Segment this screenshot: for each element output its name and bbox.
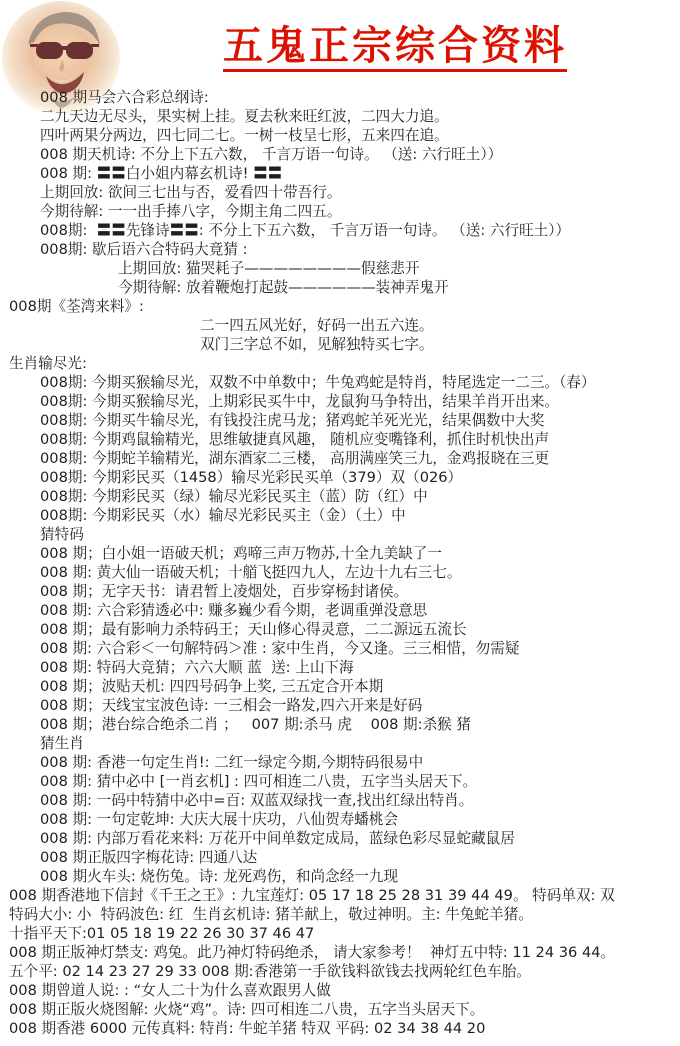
text-line: 008 期；最有影响力杀特码王；天山修心得灵意，二二源远五流长 (40, 620, 680, 639)
text-line: 上期回放: 欲间三七出与否，爱看四十带吾行。 (40, 183, 680, 202)
text-line: 008 期: 内部万看花来料: 万花开中间单数定成局，蓝绿色彩尽显蛇藏鼠居 (40, 829, 680, 848)
text-line: 008 期天机诗: 不分上下五六数， 千言万语一句诗。 （送: 六行旺土）） (40, 145, 680, 164)
text-line: 008 期；港台综合绝杀二肖 ； 007 期:杀马 虎 008 期:杀猴 猪 (40, 715, 680, 734)
text-line: 008 期正版四字梅花诗: 四通八达 (40, 848, 680, 867)
text-line: 008 期: 特码大竞猜；六六大顺 蓝 送: 上山下海 (40, 658, 680, 677)
text-line: 二九天边无尽头，果实树上挂。夏去秋来旺红波，二四大力追。 (40, 107, 680, 126)
text-line: 008期: 今期彩民买（1458）输尽光彩民买单（379）双（026） (40, 468, 680, 487)
text-line: 生肖输尽光: (9, 354, 680, 373)
text-line: 008 期香港地下信封《千王之王》: 九宝莲灯: 05 17 18 25 28 … (9, 886, 680, 905)
text-line: 008 期曾道人说: : “女人二十为什么喜欢跟男人做 (9, 981, 680, 1000)
text-line: 008 期；白小姐一语破天机；鸡啼三声万物苏,十全九美缺了一 (40, 544, 680, 563)
text-line: 008期: 今期买猴输尽光，上期彩民买牛中，龙鼠狗马争特出，结果羊肖开出来。 (40, 392, 680, 411)
text-line: 008期: 今期彩民买（绿）输尽光彩民买主（蓝）防（红）中 (40, 487, 680, 506)
text-line: 008期: 今期彩民买（水）输尽光彩民买主（金）（土）中 (40, 506, 680, 525)
text-line: 008 期: 一码中特猜中必中=百: 双蓝双绿找一查,找出红绿出特肖。 (40, 791, 680, 810)
content-lines: 008 期马会六合彩总纲诗:二九天边无尽头，果实树上挂。夏去秋来旺红波，二四大力… (0, 88, 680, 1038)
text-line: 上期回放: 猫哭耗子————————假慈悲开 (118, 259, 680, 278)
text-line: 008 期；天线宝宝波色诗: 一三相会一路发,四六开来是好码 (40, 696, 680, 715)
page-title: 五鬼正宗综合资料 (223, 24, 567, 72)
text-line: 十指平天下:01 05 18 19 22 26 30 37 46 47 (9, 924, 680, 943)
text-line: 008期: 歇后语六合特码大竟猜 : (40, 240, 680, 259)
text-line: 008 期火车头: 烧伤兔。诗: 龙死鸡伤，和尚念经一九现 (40, 867, 680, 886)
text-line: 二一四五风光好，好码一出五六连。 (200, 316, 680, 335)
text-line: 猜特码 (40, 525, 680, 544)
text-line: 008期: 今期买猴输尽光，双数不中单数中；牛兔鸡蛇是特肖，特尾选定一二三。（春… (40, 373, 680, 392)
text-line: 008 期: 六合彩＜一句解特码＞准 : 家中生肖，今又逢。三三相惜，勿需疑 (40, 639, 680, 658)
header: 五鬼正宗综合资料 (130, 24, 660, 72)
text-line: 008 期: 香港一句定生肖!: 二红一绿定今期,今期特码很易中 (40, 753, 680, 772)
page: 五鬼正宗综合资料 008 期马会六合彩总纲诗:二九天边无尽头，果实树上挂。夏去秋… (0, 0, 680, 1046)
text-line: 双门三字总不如，见解独特买七字。 (200, 335, 680, 354)
text-line: 五个平: 02 14 23 27 29 33 008 期:香港第一手欲钱料欲钱去… (9, 962, 680, 981)
text-line: 特码大小: 小 特码波色: 红 生肖玄机诗: 猪羊献上，敬过神明。主: 牛兔蛇羊… (9, 905, 680, 924)
text-line: 008 期: 六合彩猜透必中: 赚多巍少看今期，老调重弹没意思 (40, 601, 680, 620)
text-line: 008期: 〓〓先锋诗〓〓: 不分上下五六数， 千言万语一句诗。 （送: 六行旺… (40, 221, 680, 240)
text-line: 008期: 今期蛇羊输精光，湖东酒家二三楼， 高朋满座笑三九，金鸡报晓在三更 (40, 449, 680, 468)
text-line: 008期: 今期鸡鼠输精光，思维敏捷真风趣， 随机应变嘴锋利，抓住时机快出声 (40, 430, 680, 449)
text-line: 008 期；波贴天机: 四四号码争上奖, 三五定合开本期 (40, 677, 680, 696)
text-line: 008 期: 猜中必中 [一肖玄机] : 四可相连二八贵，五字当头居天下。 (40, 772, 680, 791)
text-line: 008 期正版神灯禁支: 鸡兔。此乃神灯特码绝杀， 请大家参考！ 神灯五中特: … (9, 943, 680, 962)
text-line: 猜生肖 (40, 734, 680, 753)
text-line: 008 期正版火烧图解: 火烧“鸡”。诗: 四可相连二八贵，五字当头居天下。 (9, 1000, 680, 1019)
text-line: 008期《荃湾来料》: (9, 297, 680, 316)
text-line: 008 期马会六合彩总纲诗: (40, 88, 680, 107)
text-line: 008 期: 〓〓白小姐内幕玄机诗! 〓〓 (40, 164, 680, 183)
text-line: 今期待解: 放着鞭炮打起鼓——————装神弄鬼开 (118, 278, 680, 297)
text-line: 今期待解: 一一出手捧八字，今期主角二四五。 (40, 202, 680, 221)
text-line: 008 期香港 6000 元传真料: 特肖: 牛蛇羊猪 特双 平码: 02 34… (9, 1019, 680, 1038)
text-line: 008期: 今期买牛输尽光，有钱投注虎马龙；猪鸡蛇羊死光光，结果偶数中大奖 (40, 411, 680, 430)
text-line: 四叶两果分两边，四七同二七。一树一枝呈七形，五来四在追。 (40, 126, 680, 145)
text-line: 008 期；无字天书：请君暂上凌烟处，百步穿杨封诸侯。 (40, 582, 680, 601)
text-line: 008 期: 黄大仙一语破天机；十艏飞挺四九人，左边十九右三七。 (40, 563, 680, 582)
text-line: 008 期: 一句定乾坤: 大庆大展十庆功，八仙贺寿蟠桃会 (40, 810, 680, 829)
